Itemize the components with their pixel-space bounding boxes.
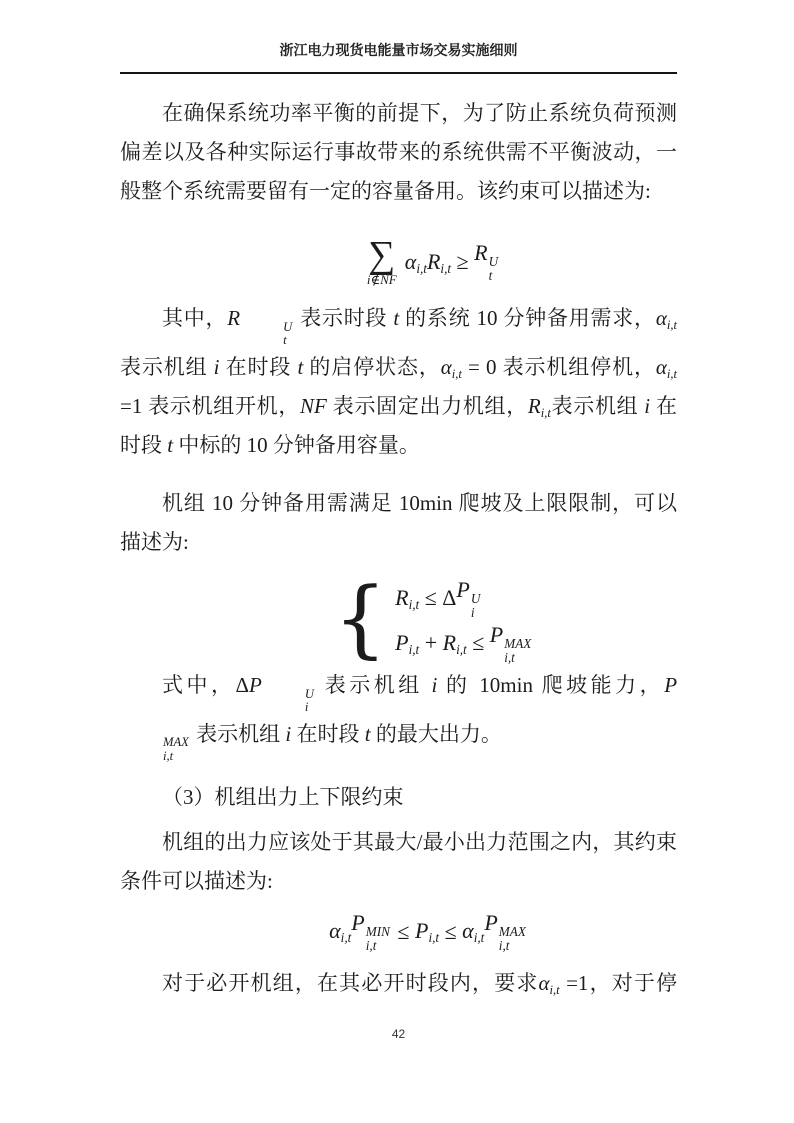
paragraph-ramp-symbols: 式中，ΔPUi 表示机组 i 的 10min 爬坡能力，PMAXi,t 表示机组…: [120, 666, 677, 764]
paragraph-output-range-intro: 机组的出力应该处于其最大/最小出力范围之内，其约束条件可以描述为:: [120, 823, 677, 901]
formula-ramp-and-upper-limit: {Ri,t ≤ ΔPUiPi,t + Ri,t ≤ PMAXi,t: [120, 576, 677, 666]
formula-output-upper-lower-limit: αi,tPMINi,t ≤ Pi,t ≤ αi,tPMAXi,t: [120, 910, 677, 954]
page-number: 42: [120, 1027, 677, 1041]
formula-system-reserve-constraint: ∑i∉NFαi,tRi,t ≥ RUt: [120, 231, 677, 293]
section-heading-output-limits: （3）机组出力上下限约束: [120, 778, 677, 817]
paragraph-reserve-intro: 在确保系统功率平衡的前提下，为了防止系统负荷预测偏差以及各种实际运行事故带来的系…: [120, 94, 677, 211]
document-body: 在确保系统功率平衡的前提下，为了防止系统负荷预测偏差以及各种实际运行事故带来的系…: [120, 94, 677, 1041]
paragraph-ramp-intro: 机组 10 分钟备用需满足 10min 爬坡及上限限制，可以描述为:: [120, 484, 677, 562]
paragraph-must-run-units: 对于必开机组，在其必开时段内，要求αi,t =1，对于停: [120, 964, 677, 1003]
page-header-title: 浙江电力现货电能量市场交易实施细则: [120, 42, 677, 62]
header-rule: [120, 72, 677, 74]
document-page: 浙江电力现货电能量市场交易实施细则 在确保系统功率平衡的前提下，为了防止系统负荷…: [0, 0, 794, 1123]
paragraph-reserve-symbols: 其中，RUt 表示时段 t 的系统 10 分钟备用需求，αi,t表示机组 i 在…: [120, 299, 677, 465]
